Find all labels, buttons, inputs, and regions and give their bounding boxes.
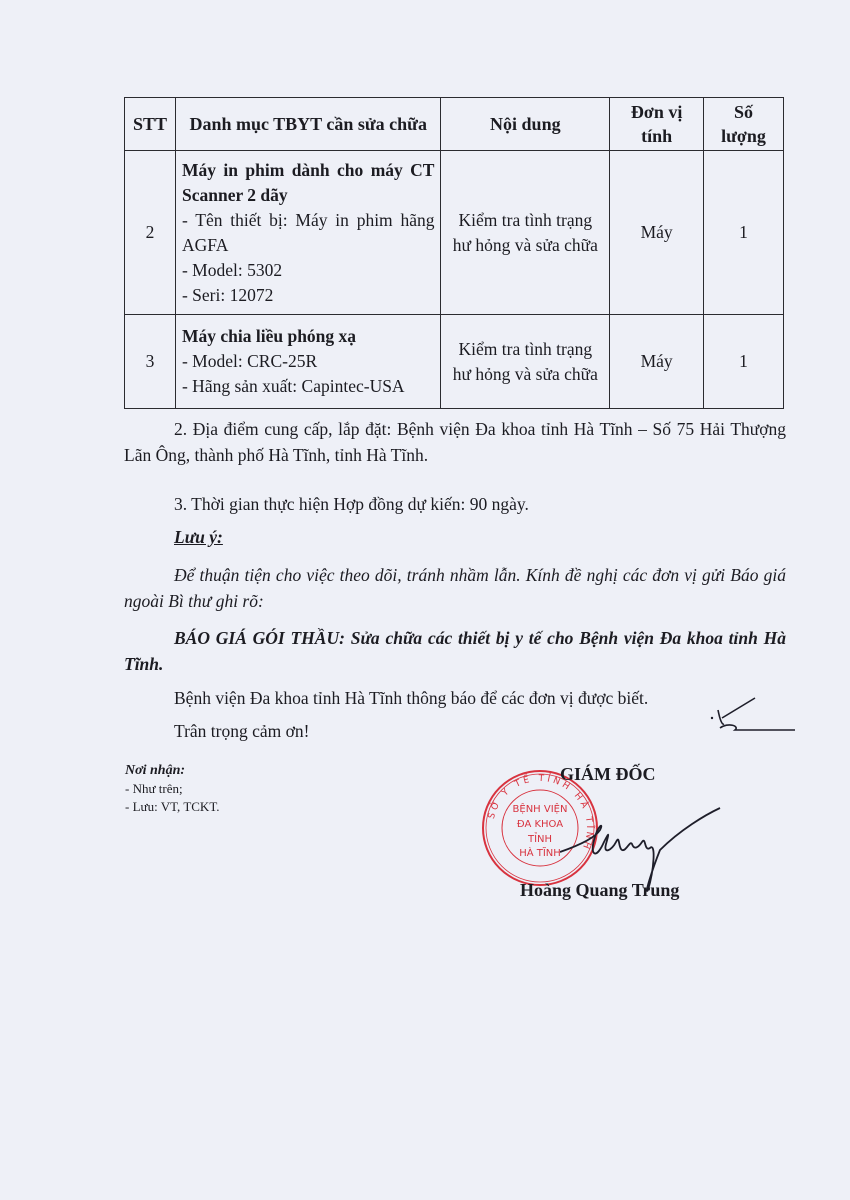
equipment-detail: - Model: 5302 <box>182 258 435 283</box>
cell-content: Kiểm tra tình trạng hư hỏng và sửa chữa <box>441 315 610 409</box>
thanks-paragraph: Trân trọng cảm ơn! <box>124 718 786 744</box>
header-content: Nội dung <box>441 98 610 151</box>
equipment-detail: - Model: CRC-25R <box>182 349 435 374</box>
cell-qty: 1 <box>704 151 784 315</box>
duration-paragraph: 3. Thời gian thực hiện Hợp đồng dự kiến:… <box>124 491 786 517</box>
location-paragraph: 2. Địa điểm cung cấp, lắp đặt: Bệnh viện… <box>124 416 786 468</box>
recipient-item: - Như trên; <box>125 780 220 798</box>
stamp-line: ĐA KHOA <box>517 819 563 830</box>
equipment-detail: - Hãng sản xuất: Capintec-USA <box>182 374 435 399</box>
cell-unit: Máy <box>610 151 704 315</box>
note-label: Lưu ý: <box>174 527 223 547</box>
equipment-detail: - Tên thiết bị: Máy in phim hãng AGFA <box>182 208 435 258</box>
stamp-line: HÀ TĨNH <box>519 846 561 859</box>
recipients-block: Nơi nhận: - Như trên; - Lưu: VT, TCKT. <box>125 762 220 816</box>
equipment-detail: - Seri: 12072 <box>182 283 435 308</box>
signer-title: GIÁM ĐỐC <box>560 764 656 785</box>
table-row: 3 Máy chia liều phóng xạ - Model: CRC-25… <box>125 315 784 409</box>
initials-mark <box>700 690 800 740</box>
header-qty: Số lượng <box>704 98 784 151</box>
envelope-label-paragraph: BÁO GIÁ GÓI THẦU: Sửa chữa các thiết bị … <box>124 625 786 677</box>
recipients-title: Nơi nhận: <box>125 762 220 780</box>
table-row: 2 Máy in phim dành cho máy CT Scanner 2 … <box>125 151 784 315</box>
equipment-title: Máy in phim dành cho máy CT Scanner 2 dã… <box>182 158 435 208</box>
table-header-row: STT Danh mục TBYT cần sửa chữa Nội dung … <box>125 98 784 151</box>
cell-content: Kiểm tra tình trạng hư hỏng và sửa chữa <box>441 151 610 315</box>
cell-unit: Máy <box>610 315 704 409</box>
header-unit: Đơn vị tính <box>610 98 704 151</box>
equipment-title: Máy chia liều phóng xạ <box>182 324 435 349</box>
document-page: STT Danh mục TBYT cần sửa chữa Nội dung … <box>0 0 850 1200</box>
cell-stt: 3 <box>125 315 176 409</box>
equipment-table: STT Danh mục TBYT cần sửa chữa Nội dung … <box>124 97 784 409</box>
recipient-item: - Lưu: VT, TCKT. <box>125 798 220 816</box>
signer-name: Hoàng Quang Trung <box>520 880 679 901</box>
note-heading: Lưu ý: <box>124 524 786 550</box>
header-name: Danh mục TBYT cần sửa chữa <box>175 98 441 151</box>
notice-paragraph: Bệnh viện Đa khoa tỉnh Hà Tĩnh thông báo… <box>124 685 786 711</box>
stamp-line: TỈNH <box>527 831 552 845</box>
cell-name: Máy in phim dành cho máy CT Scanner 2 dã… <box>175 151 441 315</box>
cell-stt: 2 <box>125 151 176 315</box>
note-paragraph: Để thuận tiện cho việc theo dõi, tránh n… <box>124 562 786 614</box>
header-stt: STT <box>125 98 176 151</box>
cell-qty: 1 <box>704 315 784 409</box>
cell-name: Máy chia liều phóng xạ - Model: CRC-25R … <box>175 315 441 409</box>
